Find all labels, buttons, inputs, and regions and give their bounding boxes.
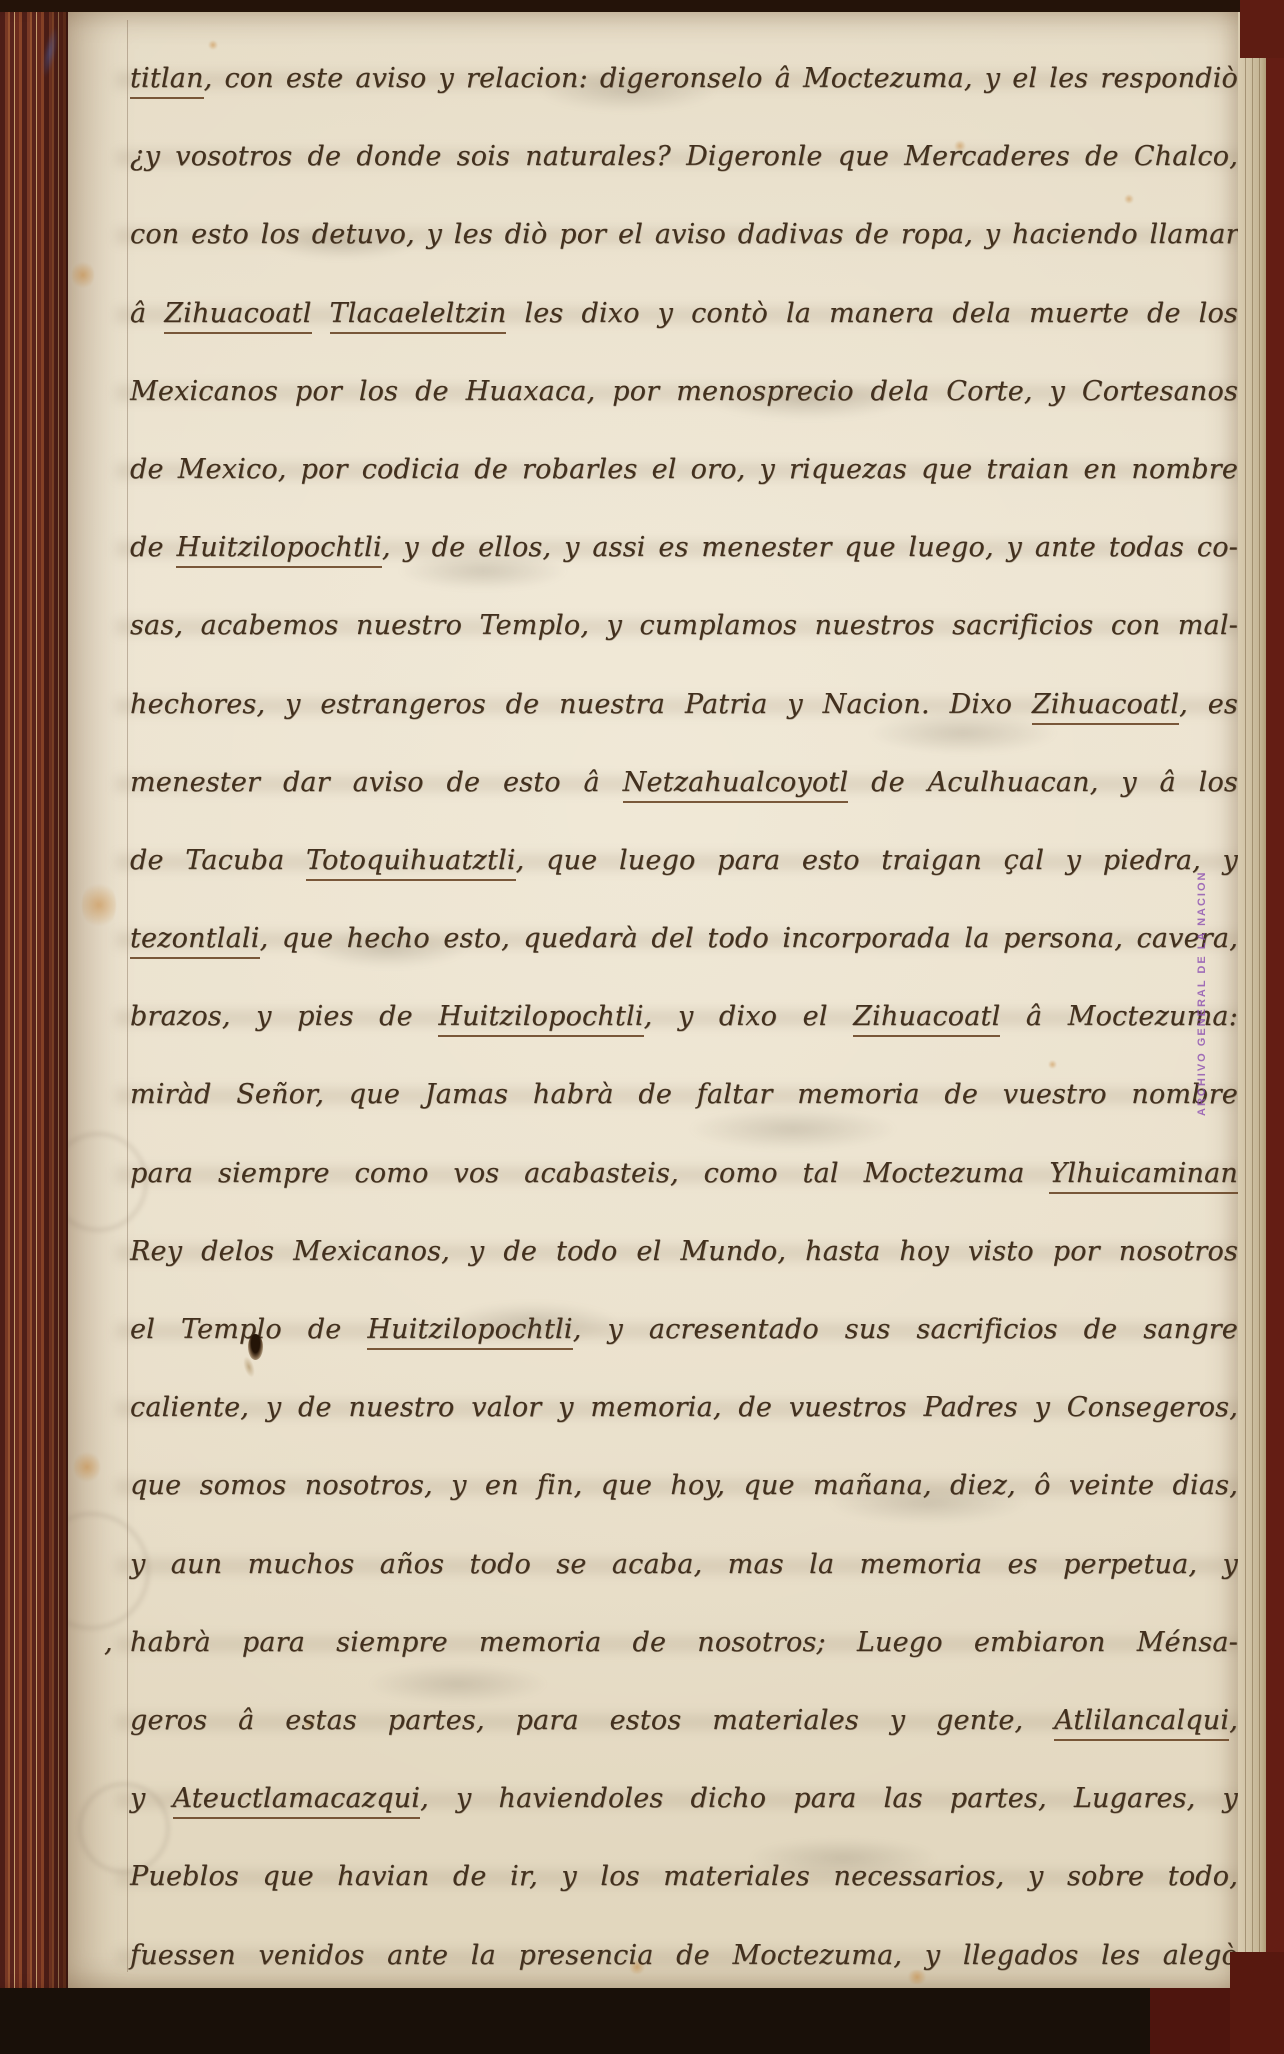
text-segment: , y haviendoles dicho para las partes, L… xyxy=(420,1783,1238,1814)
page-edge-line xyxy=(1259,0,1260,2054)
photo-edge-bottom xyxy=(0,1988,1284,2054)
text-segment: de xyxy=(130,532,176,563)
text-segment: caliente, y de nuestro valor y memoria, … xyxy=(130,1392,1238,1423)
text-line: Pueblos que havian de ir, y los material… xyxy=(130,1838,1238,1916)
text-segment: hechores, y estrangeros de nuestra Patri… xyxy=(130,689,1032,720)
text-line: â Zihuacoatl Tlacaeleltzin les dixo y co… xyxy=(130,275,1238,353)
text-line: menester dar aviso de esto â Netzahualco… xyxy=(130,744,1238,822)
archive-stamp: ARCHIVO GENERAL DE LA NACION xyxy=(1196,806,1208,1116)
text-line: ¿y vosotros de donde sois naturales? Dig… xyxy=(130,118,1238,196)
text-line: con esto los detuvo, y les diò por el av… xyxy=(130,196,1238,274)
foxing-spot xyxy=(74,1450,100,1484)
underlined-word: Netzahualcoyotl xyxy=(623,767,849,803)
book-cover-corner-top xyxy=(1240,0,1284,58)
text-line: geros â estas partes, para estos materia… xyxy=(130,1682,1238,1760)
text-line: caliente, y de nuestro valor y memoria, … xyxy=(130,1369,1238,1447)
text-line: Mexicanos por los de Huaxaca, por menosp… xyxy=(130,353,1238,431)
manuscript-text: titlan, con este aviso y relacion: diger… xyxy=(130,40,1238,1995)
book-binding-edge xyxy=(0,0,68,1996)
text-segment: â xyxy=(130,298,164,329)
underlined-word: Zihuacoatl xyxy=(1032,689,1179,725)
margin-mark: , xyxy=(104,1604,113,1682)
text-line: de Mexico, por codicia de robarles el or… xyxy=(130,431,1238,509)
text-segment: Rey delos Mexicanos, y de todo el Mundo,… xyxy=(130,1236,1238,1267)
underlined-word: Huitzilopochtli xyxy=(367,1314,572,1350)
text-line: para siempre como vos acabasteis, como t… xyxy=(130,1135,1238,1213)
text-segment: para siempre como vos acabasteis, como t… xyxy=(130,1158,1049,1189)
underlined-word: Totoquihuatztli xyxy=(306,845,516,881)
underlined-word: Zihuacoatl xyxy=(164,298,311,334)
underlined-word: Atlilancalqui xyxy=(1054,1705,1229,1741)
text-segment: , y de ellos, y assi es menester que lue… xyxy=(382,532,1238,563)
text-segment: menester dar aviso de esto â xyxy=(130,767,623,798)
text-line: el Templo de Huitzilopochtli, y acresent… xyxy=(130,1291,1238,1369)
page-edge-line xyxy=(1252,0,1253,2054)
text-segment: y xyxy=(130,1783,173,1814)
page-edge-line xyxy=(1245,0,1246,2054)
text-line: de Tacuba Totoquihuatztli, que luego par… xyxy=(130,822,1238,900)
book-cover-corner-bottom xyxy=(1230,1952,1284,2054)
text-segment xyxy=(312,298,330,329)
text-segment: , que hecho esto, quedarà del todo incor… xyxy=(260,923,1238,954)
text-segment: , xyxy=(1229,1705,1238,1736)
text-segment: que somos nosotros, y en fin, que hoy, q… xyxy=(130,1470,1238,1501)
text-segment: de Mexico, por codicia de robarles el or… xyxy=(130,454,1238,485)
text-line: que somos nosotros, y en fin, que hoy, q… xyxy=(130,1447,1238,1525)
underlined-word: titlan xyxy=(130,63,204,99)
text-segment: de Tacuba xyxy=(130,845,306,876)
text-line: ,habrà para siempre memoria de nosotros;… xyxy=(130,1604,1238,1682)
underlined-word: Ylhuicaminan xyxy=(1049,1158,1238,1194)
foxing-spot xyxy=(82,880,116,930)
text-line: Rey delos Mexicanos, y de todo el Mundo,… xyxy=(130,1213,1238,1291)
text-line: miràd Señor, que Jamas habrà de faltar m… xyxy=(130,1056,1238,1134)
text-segment: ¿y vosotros de donde sois naturales? Dig… xyxy=(130,141,1238,172)
text-line: de Huitzilopochtli, y de ellos, y assi e… xyxy=(130,509,1238,587)
text-segment: , con este aviso y relacion: digeronselo… xyxy=(204,63,1238,94)
text-segment: miràd Señor, que Jamas habrà de faltar m… xyxy=(130,1079,1238,1110)
text-segment: de Aculhuacan, y â los xyxy=(848,767,1238,798)
manuscript-page: titlan, con este aviso y relacion: diger… xyxy=(68,12,1238,1988)
text-segment: y aun muchos años todo se acaba, mas la … xyxy=(130,1549,1238,1580)
text-segment: habrà para siempre memoria de nosotros; … xyxy=(130,1627,1238,1658)
page-edges-strip xyxy=(1238,0,1268,2054)
text-line: tezontlali, que hecho esto, quedarà del … xyxy=(130,900,1238,978)
text-segment: brazos, y pies de xyxy=(130,1001,438,1032)
underlined-word: Zihuacoatl xyxy=(853,1001,1000,1037)
underlined-word: Ateuctlamacazqui xyxy=(173,1783,421,1819)
text-segment: les dixo y contò la manera dela muerte d… xyxy=(506,298,1238,329)
text-line: hechores, y estrangeros de nuestra Patri… xyxy=(130,666,1238,744)
text-segment: geros â estas partes, para estos materia… xyxy=(130,1705,1054,1736)
text-line: y aun muchos años todo se acaba, mas la … xyxy=(130,1526,1238,1604)
text-segment: Pueblos que havian de ir, y los material… xyxy=(130,1861,1238,1892)
text-line: titlan, con este aviso y relacion: diger… xyxy=(130,40,1238,118)
manuscript-photo: titlan, con este aviso y relacion: diger… xyxy=(0,0,1284,2054)
text-segment: Mexicanos por los de Huaxaca, por menosp… xyxy=(130,376,1238,407)
underlined-word: Tlacaeleltzin xyxy=(330,298,507,334)
text-line: fuessen venidos ante la presencia de Moc… xyxy=(130,1917,1238,1995)
text-line: y Ateuctlamacazqui, y haviendoles dicho … xyxy=(130,1760,1238,1838)
text-segment: , que luego para esto traigan çal y pied… xyxy=(516,845,1238,876)
text-segment: , es xyxy=(1179,689,1238,720)
underlined-word: Huitzilopochtli xyxy=(438,1001,643,1037)
underlined-word: Huitzilopochtli xyxy=(176,532,381,568)
ink-blot xyxy=(248,1334,263,1360)
text-line: sas, acabemos nuestro Templo, y cumplamo… xyxy=(130,587,1238,665)
book-cover-right xyxy=(1266,0,1284,2054)
text-segment: sas, acabemos nuestro Templo, y cumplamo… xyxy=(130,610,1238,641)
photo-edge-top xyxy=(0,0,1284,12)
text-segment: con esto los detuvo, y les diò por el av… xyxy=(130,219,1239,250)
text-segment: , y dixo el xyxy=(644,1001,854,1032)
underlined-word: tezontlali xyxy=(130,923,260,959)
text-segment: fuessen venidos ante la presencia de Moc… xyxy=(130,1940,1238,1971)
foxing-spot xyxy=(72,260,94,290)
text-line: brazos, y pies de Huitzilopochtli, y dix… xyxy=(130,978,1238,1056)
text-segment: , y acresentado sus sacrificios de sangr… xyxy=(573,1314,1238,1345)
